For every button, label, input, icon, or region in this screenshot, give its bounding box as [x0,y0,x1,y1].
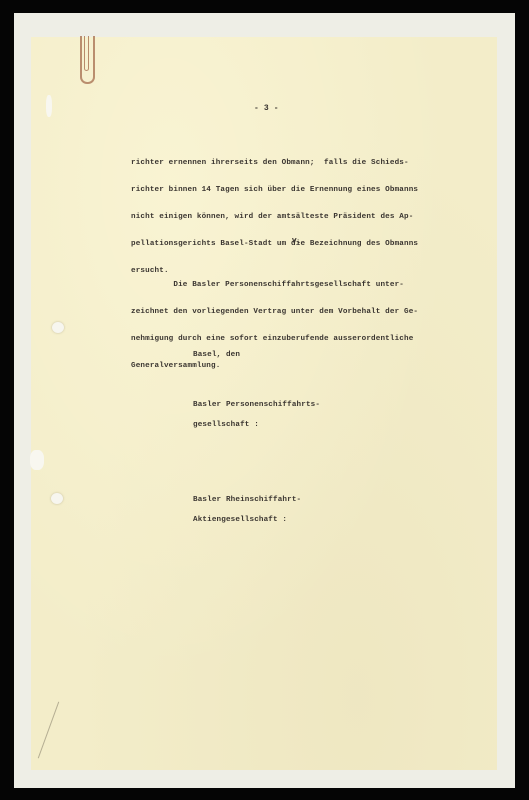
signatory-block-2: Basler Rheinschiffahrt- Aktiengesellscha… [193,485,301,535]
text-line: pellationsgerichts Basel-Stadt um die Be… [131,238,418,252]
signatory-line: Basler Rheinschiffahrt- [193,495,301,505]
edge-wear-mark [46,95,52,117]
punch-hole-top [52,322,64,333]
signatory-line: Aktiengesellschaft : [193,515,301,525]
text-line: Generalversammlung. [131,360,418,374]
text-line: nicht einigen können, wird der amtsältes… [131,211,418,225]
punch-hole-bottom [51,493,63,504]
text-line: nehmigung durch eine sofort einzuberufen… [131,333,418,347]
text-line: richter ernennen ihrerseits den Obmann; … [131,157,418,171]
place-date-line: Basel, den [193,349,240,363]
edge-tear [30,450,44,470]
text-line: Die Basler Personenschiffahrtsgesellscha… [131,279,418,293]
paragraph-approval: Die Basler Personenschiffahrtsgesellscha… [131,265,418,387]
signatory-block-1: Basler Personenschiffahrts- gesellschaft… [193,390,320,440]
signatory-line: Basler Personenschiffahrts- [193,400,320,410]
text-line: zeichnet den vorliegenden Vertrag unter … [131,306,418,320]
text-line: richter binnen 14 Tagen sich über die Er… [131,184,418,198]
paper-clip-inner-mark [84,36,89,71]
page-number: - 3 - [254,102,279,116]
signatory-line: gesellschaft : [193,420,320,430]
section-heading: V. [292,236,301,250]
